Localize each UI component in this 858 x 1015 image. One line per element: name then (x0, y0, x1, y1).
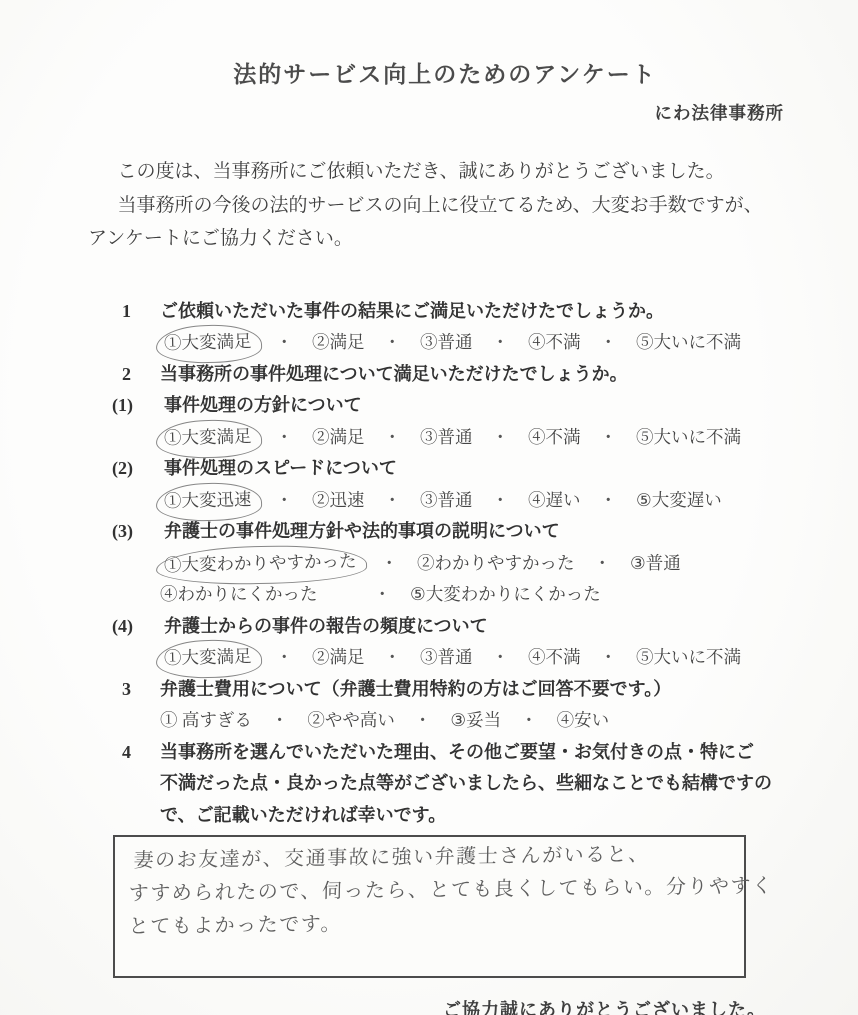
question-4-text-line3: で、ご記載いただければ幸いです。 (88, 800, 858, 832)
option-separator: ・ (276, 422, 294, 454)
option-separator: ・ (381, 548, 399, 580)
circled-answer-option: ①大変迅速 (156, 481, 262, 521)
question-text: ご依頼いただいた事件の結果にご満足いただけたでしょうか。 (160, 301, 664, 321)
answer-option: ③普通 (420, 490, 473, 510)
circled-answer-option: ①大変満足 (156, 639, 262, 679)
free-response-box: 妻のお友達が、交通事故に強い弁護士さんがいると、 すすめられたので、伺ったら、と… (113, 835, 746, 978)
answer-option: ③妥当 (450, 710, 501, 730)
question-text: 当事務所を選んでいただいた理由、その他ご要望・お気付きの点・特にご (160, 742, 754, 762)
option-separator: ・ (271, 705, 289, 737)
question-2-3-options-row2: ④わかりにくかった・⑤大変わかりにくかった (88, 579, 858, 611)
option-separator: ・ (600, 327, 618, 359)
page-title: 法的サービス向上のためのアンケート (16, 0, 858, 89)
intro-line: アンケートにご協力ください。 (88, 222, 802, 256)
question-4-text-line2: 不満だった点・良かった点等がございましたら、些細なことでも結構ですの (88, 768, 858, 800)
intro-line: この度は、当事務所にご依頼いただき、誠にありがとうございました。 (88, 155, 802, 189)
subquestion-text: 事件処理の方針について (164, 395, 362, 415)
answer-option: ④わかりにくかった (160, 584, 318, 604)
question-2-4-options: ①大変満足・②満足・③普通・④不満・⑤大いに不満 (88, 642, 858, 674)
answer-option: ④安い (557, 710, 610, 730)
answer-option: ⑤大変わかりにくかった (410, 584, 601, 604)
question-number: 4 (122, 737, 160, 769)
option-separator: ・ (492, 327, 510, 359)
question-number: 3 (122, 674, 160, 706)
option-separator: ・ (520, 705, 538, 737)
option-separator: ・ (276, 327, 294, 359)
option-separator: ・ (600, 642, 618, 674)
option-separator: ・ (492, 422, 510, 454)
option-separator: ・ (384, 422, 402, 454)
question-number: 2 (122, 359, 160, 391)
question-2-3-options-row1: ①大変わかりやすかった・②わかりやすかった・③普通 (88, 548, 858, 580)
subquestion-number: (3) (112, 516, 164, 548)
subquestion-text: 事件処理のスピードについて (164, 458, 397, 478)
option-separator: ・ (594, 548, 612, 580)
subquestion-number: (1) (112, 390, 164, 422)
question-2-4: (4)弁護士からの事件の報告の頻度について (88, 611, 858, 643)
intro-paragraph: この度は、当事務所にご依頼いただき、誠にありがとうございました。 当事務所の今後… (88, 155, 802, 256)
question-2-3: (3)弁護士の事件処理方針や法的事項の説明について (88, 516, 858, 548)
question-2-1: (1)事件処理の方針について (88, 390, 858, 422)
option-separator: ・ (384, 642, 402, 674)
intro-line: 当事務所の今後の法的サービスの向上に役立てるため、大変お手数ですが、 (88, 189, 802, 223)
answer-option: ③普通 (420, 427, 473, 447)
option-separator: ・ (384, 327, 402, 359)
answer-option: ②迅速 (312, 490, 365, 510)
answer-option: ②満足 (312, 427, 365, 447)
closing-thanks: ご協力誠にありがとうございました。 (0, 996, 858, 1015)
option-separator: ・ (384, 485, 402, 517)
answer-option: ⑤大変遅い (636, 490, 722, 510)
question-text: 弁護士費用について（弁護士費用特約の方はご回答不要です。） (160, 679, 671, 699)
subquestion-number: (4) (112, 611, 164, 643)
question-text: 当事務所の事件処理について満足いただけたでしょうか。 (160, 364, 628, 384)
subquestion-number: (2) (112, 453, 164, 485)
question-list: 1ご依頼いただいた事件の結果にご満足いただけたでしょうか。 ①大変満足・②満足・… (88, 296, 858, 979)
question-3: 3弁護士費用について（弁護士費用特約の方はご回答不要です。） (88, 674, 858, 706)
answer-option: ②満足 (312, 647, 365, 667)
question-1: 1ご依頼いただいた事件の結果にご満足いただけたでしょうか。 (88, 296, 858, 328)
answer-option: ⑤大いに不満 (636, 427, 741, 447)
answer-option: ②わかりやすかった (417, 553, 575, 573)
handwritten-line: とてもよかったです。 (128, 903, 732, 943)
question-2-2: (2)事件処理のスピードについて (88, 453, 858, 485)
option-separator: ・ (276, 642, 294, 674)
answer-option: ④不満 (528, 332, 581, 352)
question-number: 1 (122, 296, 160, 328)
scanned-survey-page: 法的サービス向上のためのアンケート にわ法律事務所 この度は、当事務所にご依頼い… (0, 0, 858, 1015)
question-3-options: ① 高すぎる・②やや高い・③妥当・④安い (88, 705, 858, 737)
answer-option: ③普通 (420, 647, 473, 667)
option-separator: ・ (414, 705, 432, 737)
answer-option: ③普通 (420, 332, 473, 352)
circled-answer-option: ①大変満足 (156, 324, 262, 364)
subquestion-text: 弁護士の事件処理方針や法的事項の説明について (164, 521, 560, 541)
option-separator: ・ (600, 485, 618, 517)
office-name: にわ法律事務所 (0, 100, 858, 125)
answer-option: ④不満 (528, 647, 581, 667)
question-2: 2当事務所の事件処理について満足いただけたでしょうか。 (88, 359, 858, 391)
question-1-options: ①大変満足・②満足・③普通・④不満・⑤大いに不満 (88, 327, 858, 359)
answer-option: ③普通 (630, 553, 681, 573)
answer-option: ⑤大いに不満 (636, 647, 741, 667)
option-separator: ・ (492, 485, 510, 517)
answer-option: ④不満 (528, 427, 581, 447)
answer-option: ②やや高い (307, 710, 395, 730)
answer-option: ① 高すぎる (160, 710, 252, 730)
option-separator: ・ (492, 642, 510, 674)
option-separator: ・ (374, 579, 392, 611)
answer-option: ④遅い (528, 490, 581, 510)
option-separator: ・ (600, 422, 618, 454)
question-2-2-options: ①大変迅速・②迅速・③普通・④遅い・⑤大変遅い (88, 485, 858, 517)
answer-option: ②満足 (312, 332, 365, 352)
answer-option: ⑤大いに不満 (636, 332, 741, 352)
question-4: 4当事務所を選んでいただいた理由、その他ご要望・お気付きの点・特にご (88, 737, 858, 769)
question-2-1-options: ①大変満足・②満足・③普通・④不満・⑤大いに不満 (88, 422, 858, 454)
subquestion-text: 弁護士からの事件の報告の頻度について (164, 616, 488, 636)
option-separator: ・ (276, 485, 294, 517)
circled-answer-option: ①大変満足 (156, 418, 262, 458)
